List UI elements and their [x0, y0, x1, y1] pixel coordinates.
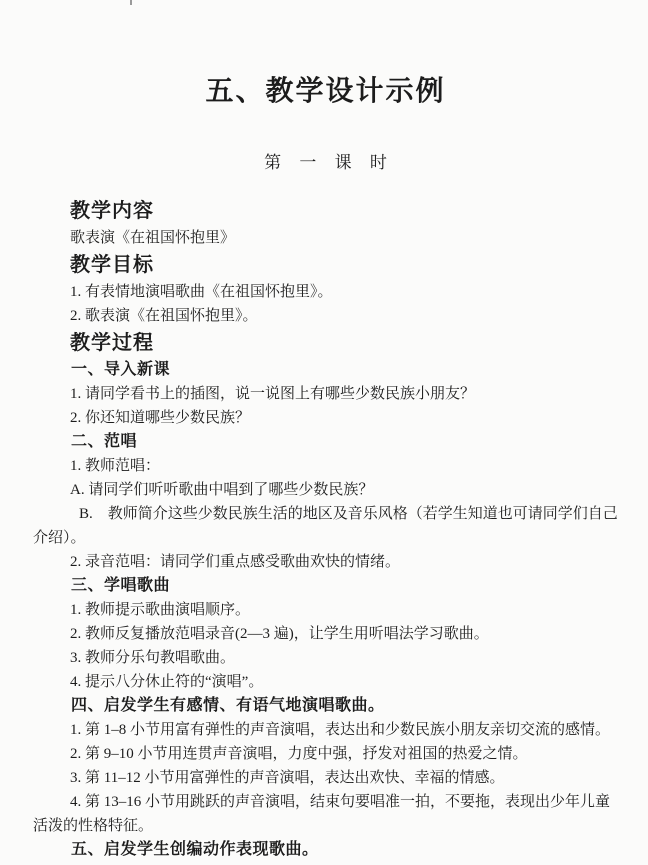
list-item: 4. 第 13–16 小节用跳跃的声音演唱，结束句要唱准一拍，不要拖，表现出少年… — [33, 790, 618, 838]
page-title: 五、教学设计示例 — [33, 76, 618, 108]
list-item: 1. 教师范唱： — [33, 454, 618, 478]
list-item: 2. 第 9–10 小节用连贯声音演唱，力度中强，抒发对祖国的热爱之情。 — [33, 742, 618, 766]
list-item: 3. 第 11–12 小节用富弹性的声音演唱，表达出欢快、幸福的情感。 — [33, 766, 618, 790]
sub-heading-intro: 一、导入新课 — [71, 358, 618, 382]
document-page: 五、教学设计示例 第 一 课 时 教学内容 歌表演《在祖国怀抱里》 教学目标 1… — [0, 0, 648, 865]
section-heading-teaching-goals: 教学目标 — [70, 253, 618, 277]
list-item: B. 教师简介这些少数民族生活的地区及音乐风格（若学生知道也可请同学们自己介绍）… — [33, 502, 618, 550]
sub-heading-learn-song: 三、学唱歌曲 — [71, 574, 618, 598]
sub-heading-expressive-singing: 四、启发学生有感情、有语气地演唱歌曲。 — [71, 694, 618, 718]
list-item: 1. 第 1–8 小节用富有弹性的声音演唱，表达出和少数民族小朋友亲切交流的感情… — [33, 718, 618, 742]
list-item: 1. 请同学看书上的插图，说一说图上有哪些少数民族小朋友？ — [33, 382, 618, 406]
list-item: 4. 提示八分休止符的“演唱”。 — [33, 670, 618, 694]
sub-heading-create-movements: 五、启发学生创编动作表现歌曲。 — [71, 838, 618, 862]
list-item: A. 请同学们听听歌曲中唱到了哪些少数民族？ — [33, 478, 618, 502]
list-item: 2. 歌表演《在祖国怀抱里》。 — [33, 304, 618, 328]
list-item: 2. 录音范唱：请同学们重点感受歌曲欢快的情绪。 — [33, 550, 618, 574]
list-item: 3. 教师分乐句教唱歌曲。 — [33, 646, 618, 670]
list-item: 2. 教师反复播放范唱录音(2—3 遍)，让学生用听唱法学习歌曲。 — [33, 622, 618, 646]
section-heading-teaching-content: 教学内容 — [70, 199, 618, 223]
lesson-subtitle: 第 一 课 时 — [33, 153, 618, 173]
sub-heading-model-singing: 二、范唱 — [71, 430, 618, 454]
list-item: 1. 教师提示歌曲演唱顺序。 — [33, 598, 618, 622]
scan-speck-artifact — [130, 0, 132, 5]
list-item: 1. 有表情地演唱歌曲《在祖国怀抱里》。 — [33, 280, 618, 304]
paragraph: 歌表演《在祖国怀抱里》 — [33, 226, 618, 250]
list-item: 2. 你还知道哪些少数民族？ — [33, 406, 618, 430]
section-heading-teaching-process: 教学过程 — [70, 331, 618, 355]
